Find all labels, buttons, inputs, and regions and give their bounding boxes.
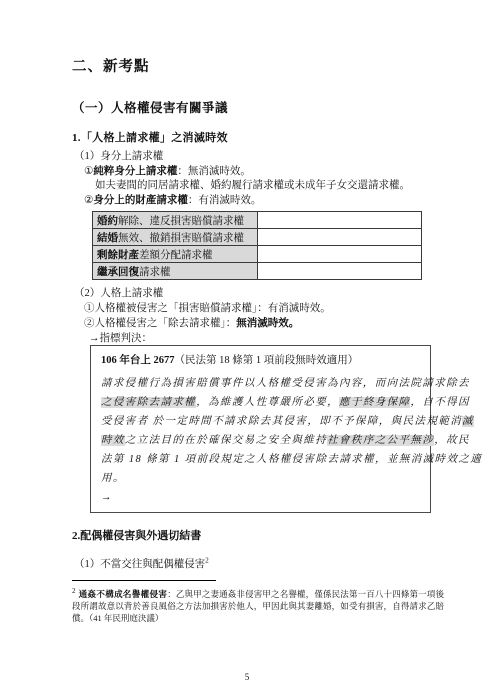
ruling-case-note: （民法第 18 條第 1 項前段無時效適用）	[175, 355, 359, 366]
ruling-line: 用。	[101, 469, 420, 488]
ruling-line: 法第 18 條第 1 項前段規定之人格權侵害除去請求權，並無消滅時效之適	[101, 450, 420, 469]
item-term: 純粹身分上請求權	[93, 166, 177, 177]
part1-item1-note: 如夫妻間的同居請求權、婚約履行請求權或未成年子女交還請求權。	[72, 179, 436, 193]
claim-empty-cell	[257, 246, 422, 263]
page-number: 5	[0, 672, 494, 682]
document-page: 二、新考點 （一）人格權侵害有關爭議 1.「人格上請求權」之消滅時效 （1）身分…	[0, 0, 494, 700]
part1-item1: ①純粹身分上請求權：無消滅時效。	[72, 164, 436, 179]
footnote-number: 2	[72, 587, 76, 595]
part1-heading: （1）身分上請求權	[72, 149, 436, 164]
item-rest: ：無消滅時效。	[177, 166, 251, 177]
pointer-label: →指標判決：	[72, 332, 436, 345]
claim-label-cell: 繼承回復請求權	[93, 263, 258, 280]
sub-heading-text: （1）不當交往與配偶權侵害	[74, 559, 205, 570]
item-text: 人格權被侵害之「損害賠償請求權」：有消滅時效。	[95, 303, 331, 314]
claim-label-cell: 剩餘財產差額分配請求權	[93, 246, 258, 263]
part1-item2: ②身分上的財產請求權：有消滅時效。	[72, 193, 436, 208]
ruling-line: 之侵害除去請求權，為維護人性尊嚴所必要，應于終身保障，自不得因	[101, 393, 420, 412]
table-row: 繼承回復請求權	[93, 263, 422, 280]
claims-table: 婚約解除、違反損害賠償請求權 結婚無效、撤銷損害賠償請求權 剩餘財產差額分配請求…	[92, 211, 422, 280]
item-marker: ①	[84, 303, 95, 314]
item-marker: ②	[84, 318, 95, 329]
item-emphasis: 無消滅時效。	[236, 318, 299, 329]
table-row: 婚約解除、違反損害賠償請求權	[93, 212, 422, 229]
part2-item1: ①人格權被侵害之「損害賠償請求權」：有消滅時效。	[72, 301, 436, 316]
claim-empty-cell	[257, 229, 422, 246]
ruling-box: 106 年台上 2677（民法第 18 條第 1 項前段無時效適用） 請求侵權行…	[90, 345, 431, 513]
section1-heading: （一）人格權侵害有關爭議	[72, 100, 436, 117]
item-marker: ①	[84, 166, 93, 177]
claim-rest: 解除、違反損害賠償請求權	[118, 216, 244, 227]
claim-term: 婚約	[97, 216, 118, 227]
part2-heading: （2）人格上請求權	[72, 286, 436, 301]
item-term: 身分上的財產請求權	[93, 195, 188, 206]
section2-heading: 2.配偶權侵害與外遇切結書	[72, 529, 436, 544]
part2-item2: ②人格權侵害之「除去請求權」：無消滅時效。	[72, 316, 436, 331]
doc-title: 二、新考點	[72, 58, 436, 76]
ruling-body: 請求侵權行為損害賠償事件以人格權受侵害為內容，而向法院請求除去 之侵害除去請求權…	[101, 374, 420, 507]
ruling-line: 受侵害者 於一定時間不請求除去其侵害，即不予保障，與民法規範消滅	[101, 412, 420, 431]
table-row: 結婚無效、撤銷損害賠償請求權	[93, 229, 422, 246]
footnote-reference-mark: 2	[205, 557, 209, 565]
claim-term: 繼承回復	[97, 267, 139, 278]
claim-rest: 無效、撤銷損害賠償請求權	[118, 233, 244, 244]
claim-label-cell: 結婚無效、撤銷損害賠償請求權	[93, 229, 258, 246]
ruling-line: 請求侵權行為損害賠償事件以人格權受侵害為內容，而向法院請求除去	[101, 374, 420, 393]
item-prefix: 人格權侵害之「除去請求權」：	[95, 318, 237, 329]
ruling-title: 106 年台上 2677（民法第 18 條第 1 項前段無時效適用）	[101, 353, 420, 368]
claim-empty-cell	[257, 263, 422, 280]
claim-term: 結婚	[97, 233, 118, 244]
claim-rest: 差額分配請求權	[139, 250, 213, 261]
claim-empty-cell	[257, 212, 422, 229]
footnote: 2通姦不構成名譽權侵害：乙與甲之妻通姦非侵害甲之名譽權，僅係民法第一百八十四條第…	[72, 588, 444, 624]
ruling-line: 時效之立法目的在於確保交易之安全與維持社會秩序之公平無涉，故民	[101, 431, 420, 450]
ruling-line: →	[101, 488, 420, 507]
claim-rest: 請求權	[139, 267, 171, 278]
claim-label-cell: 婚約解除、違反損害賠償請求權	[93, 212, 258, 229]
item-marker: ②	[84, 195, 93, 206]
footnote-term: 通姦不構成名譽權侵害	[79, 589, 168, 599]
section2-sub-heading: （1）不當交往與配偶權侵害2	[72, 557, 436, 572]
ruling-case-number: 106 年台上 2677	[101, 355, 175, 366]
footnote-separator	[72, 580, 216, 581]
item-rest: ：有消滅時效。	[188, 195, 262, 206]
claim-term: 剩餘財產	[97, 250, 139, 261]
topic1-heading: 1.「人格上請求權」之消滅時效	[72, 131, 436, 146]
table-row: 剩餘財產差額分配請求權	[93, 246, 422, 263]
